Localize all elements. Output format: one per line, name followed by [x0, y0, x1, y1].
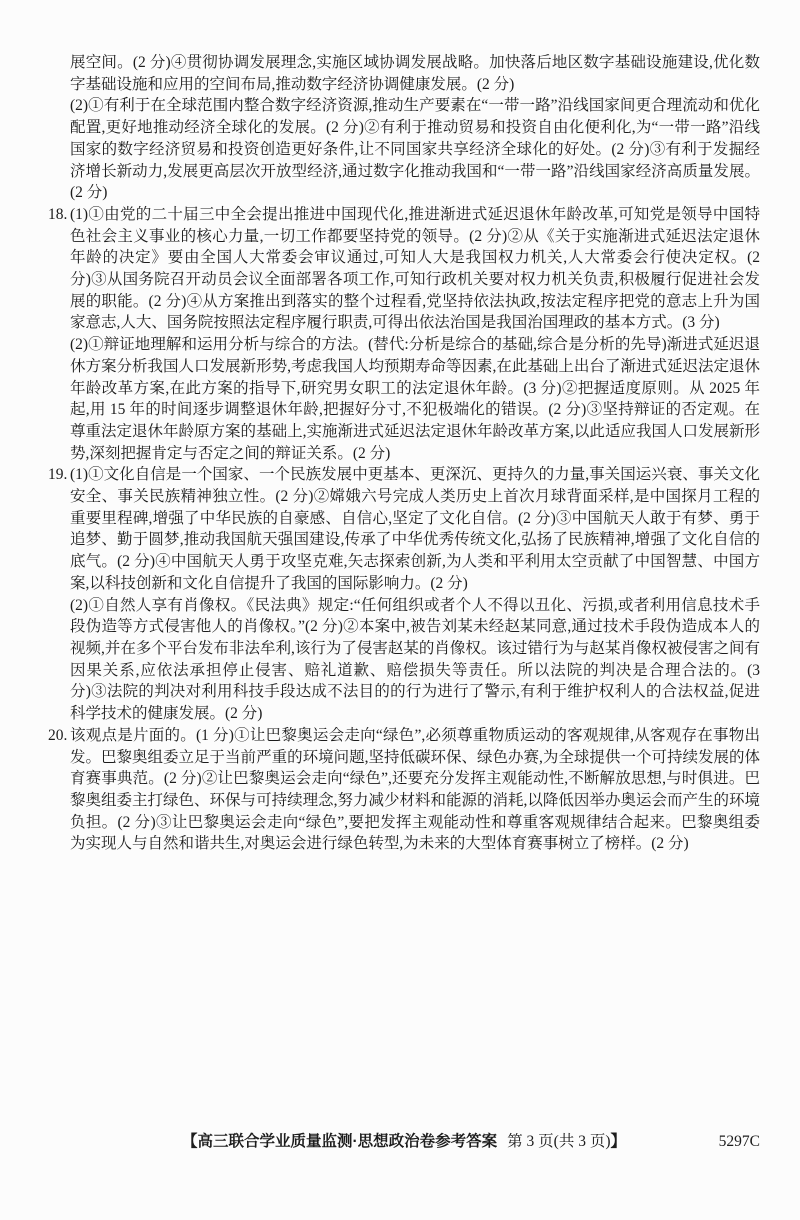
answer-key-page: 展空间。(2 分)④贯彻协调发展理念,实施区域协调发展战略。加快落后地区数字基础… [0, 0, 800, 1220]
footer-bracket-open: 【 [182, 1133, 198, 1150]
question-number: 19. [48, 464, 70, 486]
answer-text: (2)①自然人享有肖像权。《民法典》规定:“任何组织或者个人不得以丑化、污损,或… [70, 597, 760, 723]
answer-paragraph-18-part2: (2)①辩证地理解和运用分析与综合的方法。(替代:分析是综合的基础,综合是分析的… [48, 334, 760, 464]
footer-bracket-close: 】 [611, 1133, 627, 1150]
answer-paragraph-17-continuation: 展空间。(2 分)④贯彻协调发展理念,实施区域协调发展战略。加快落后地区数字基础… [48, 52, 760, 95]
answer-paragraph-20: 20.该观点是片面的。(1 分)①让巴黎奥运会走向“绿色”,必须尊重物质运动的客… [48, 725, 760, 855]
answer-paragraph-17-part2: (2)①有利于在全球范围内整合数字经济资源,推动生产要素在“一带一路”沿线国家间… [48, 95, 760, 204]
answer-paragraph-18-part1: 18.(1)①由党的二十届三中全会提出推进中国现代化,推进渐进式延迟退休年龄改革… [48, 204, 760, 334]
footer-page-info: 第 3 页(共 3 页) [507, 1133, 610, 1150]
answer-paragraph-19-part2: (2)①自然人享有肖像权。《民法典》规定:“任何组织或者个人不得以丑化、污损,或… [48, 595, 760, 725]
answers-content: 展空间。(2 分)④贯彻协调发展理念,实施区域协调发展战略。加快落后地区数字基础… [48, 52, 760, 855]
answer-paragraph-19-part1: 19.(1)①文化自信是一个国家、一个民族发展中更基本、更深沉、更持久的力量,事… [48, 464, 760, 594]
answer-text: (1)①由党的二十届三中全会提出推进中国现代化,推进渐进式延迟退休年龄改革,可知… [70, 206, 760, 332]
answer-text: (1)①文化自信是一个国家、一个民族发展中更基本、更深沉、更持久的力量,事关国运… [70, 466, 760, 592]
footer-title: 高三联合学业质量监测·思想政治卷参考答案 [198, 1133, 498, 1150]
answer-text: 展空间。(2 分)④贯彻协调发展理念,实施区域协调发展战略。加快落后地区数字基础… [70, 54, 760, 93]
answer-text: (2)①有利于在全球范围内整合数字经济资源,推动生产要素在“一带一路”沿线国家间… [70, 97, 760, 201]
paper-code: 5297C [719, 1131, 760, 1153]
answer-text: 该观点是片面的。(1 分)①让巴黎奥运会走向“绿色”,必须尊重物质运动的客观规律… [70, 727, 760, 853]
answer-text: (2)①辩证地理解和运用分析与综合的方法。(替代:分析是综合的基础,综合是分析的… [70, 336, 760, 462]
question-number: 20. [48, 725, 70, 747]
footer-caption: 【高三联合学业质量监测·思想政治卷参考答案第 3 页(共 3 页)】 [48, 1131, 760, 1153]
question-number: 18. [48, 204, 70, 226]
page-footer: 【高三联合学业质量监测·思想政治卷参考答案第 3 页(共 3 页)】 5297C [48, 1131, 760, 1153]
